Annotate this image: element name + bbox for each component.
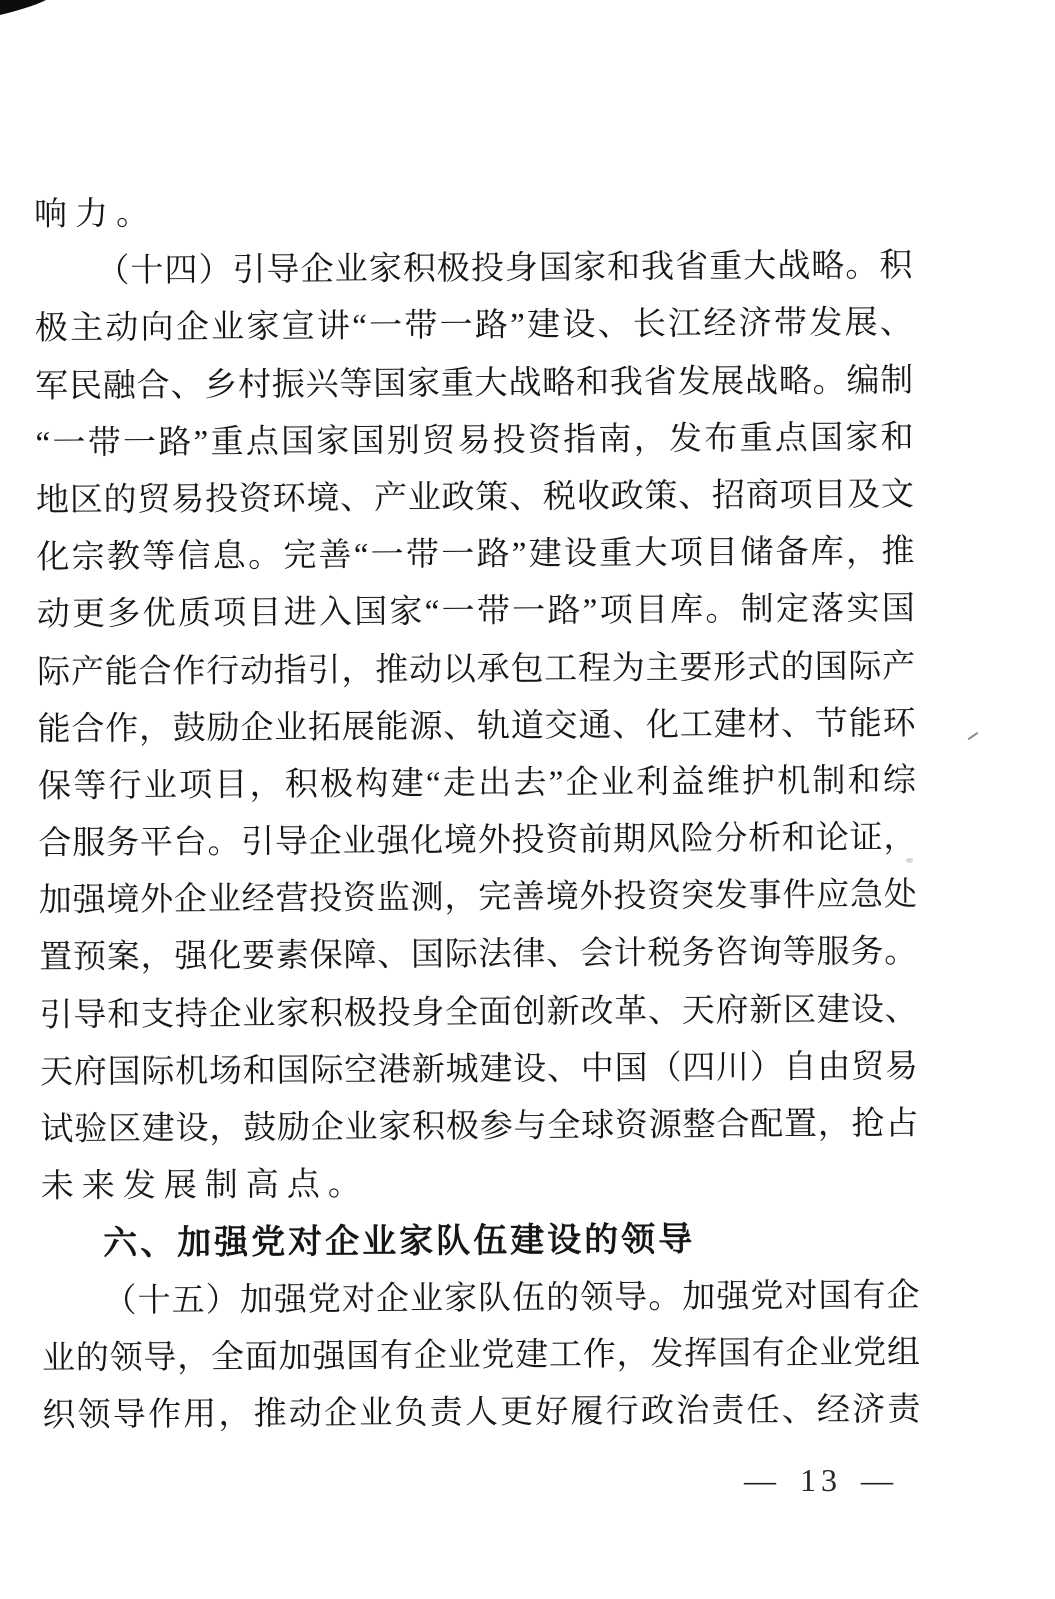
body-text-line: “一带一路”重点国家国别贸易投资指南，发布重点国家和 — [35, 410, 913, 473]
page-number: — 13 — — [744, 1462, 898, 1499]
body-text-line: 织领导作用，推动企业负责人更好履行政治责任、经济责 — [42, 1382, 920, 1445]
section-heading: 六、加强党对企业家队伍建设的领导 — [41, 1210, 919, 1273]
body-text-line: 极主动向企业家宣讲“一带一路”建设、长江经济带发展、 — [35, 295, 913, 358]
body-text-line: 业的领导，全面加强国有企业党建工作，发挥国有企业党组 — [42, 1325, 920, 1388]
body-text-line: 动更多优质项目进入国家“一带一路”项目库。制定落实国 — [37, 581, 915, 644]
body-text-line: 响力。 — [34, 181, 912, 244]
body-text-line: 能合作，鼓励企业拓展能源、轨道交通、化工建材、节能环 — [37, 696, 915, 759]
body-text-line: 天府国际机场和国际空港新城建设、中国（四川）自由贸易 — [40, 1039, 918, 1102]
body-text-line: 试验区建设，鼓励企业家积极参与全球资源整合配置，抢占 — [40, 1096, 918, 1159]
body-text-line: （十五）加强党对企业家队伍的领导。加强党对国有企 — [41, 1267, 919, 1330]
document-lines: 响力。（十四）引导企业家积极投身国家和我省重大战略。积极主动向企业家宣讲“一带一… — [34, 181, 921, 1445]
body-text-line: 合服务平台。引导企业强化境外投资前期风险分析和论证， — [38, 810, 916, 873]
body-text-line: 保等行业项目，积极构建“走出去”企业利益维护机制和综 — [38, 753, 916, 816]
body-text-line: 引导和支持企业家积极投身全面创新改革、天府新区建设、 — [39, 981, 917, 1044]
body-text-line: 化宗教等信息。完善“一带一路”建设重大项目储备库，推 — [36, 524, 914, 587]
body-text-line: （十四）引导企业家积极投身国家和我省重大战略。积 — [34, 238, 912, 301]
body-text-line: 未来发展制高点。 — [41, 1153, 919, 1216]
body-text-line: 地区的贸易投资环境、产业政策、税收政策、招商项目及文 — [36, 467, 914, 530]
body-text-line: 加强境外企业经营投资监测，完善境外投资突发事件应急处 — [39, 867, 917, 930]
scanned-document-page: 响力。（十四）引导企业家积极投身国家和我省重大战略。积极主动向企业家宣讲“一带一… — [0, 0, 1055, 1599]
scan-artifact-speck — [968, 732, 979, 741]
body-text-line: 军民融合、乡村振兴等国家重大战略和我省发展战略。编制 — [35, 352, 913, 415]
scan-artifact-corner-mark — [0, 0, 58, 22]
body-text-line: 置预案，强化要素保障、国际法律、会计税务咨询等服务。 — [39, 924, 917, 987]
body-text-line: 际产能合作行动指引，推动以承包工程为主要形式的国际产 — [37, 638, 915, 701]
document-body: 响力。（十四）引导企业家积极投身国家和我省重大战略。积极主动向企业家宣讲“一带一… — [34, 181, 921, 1445]
